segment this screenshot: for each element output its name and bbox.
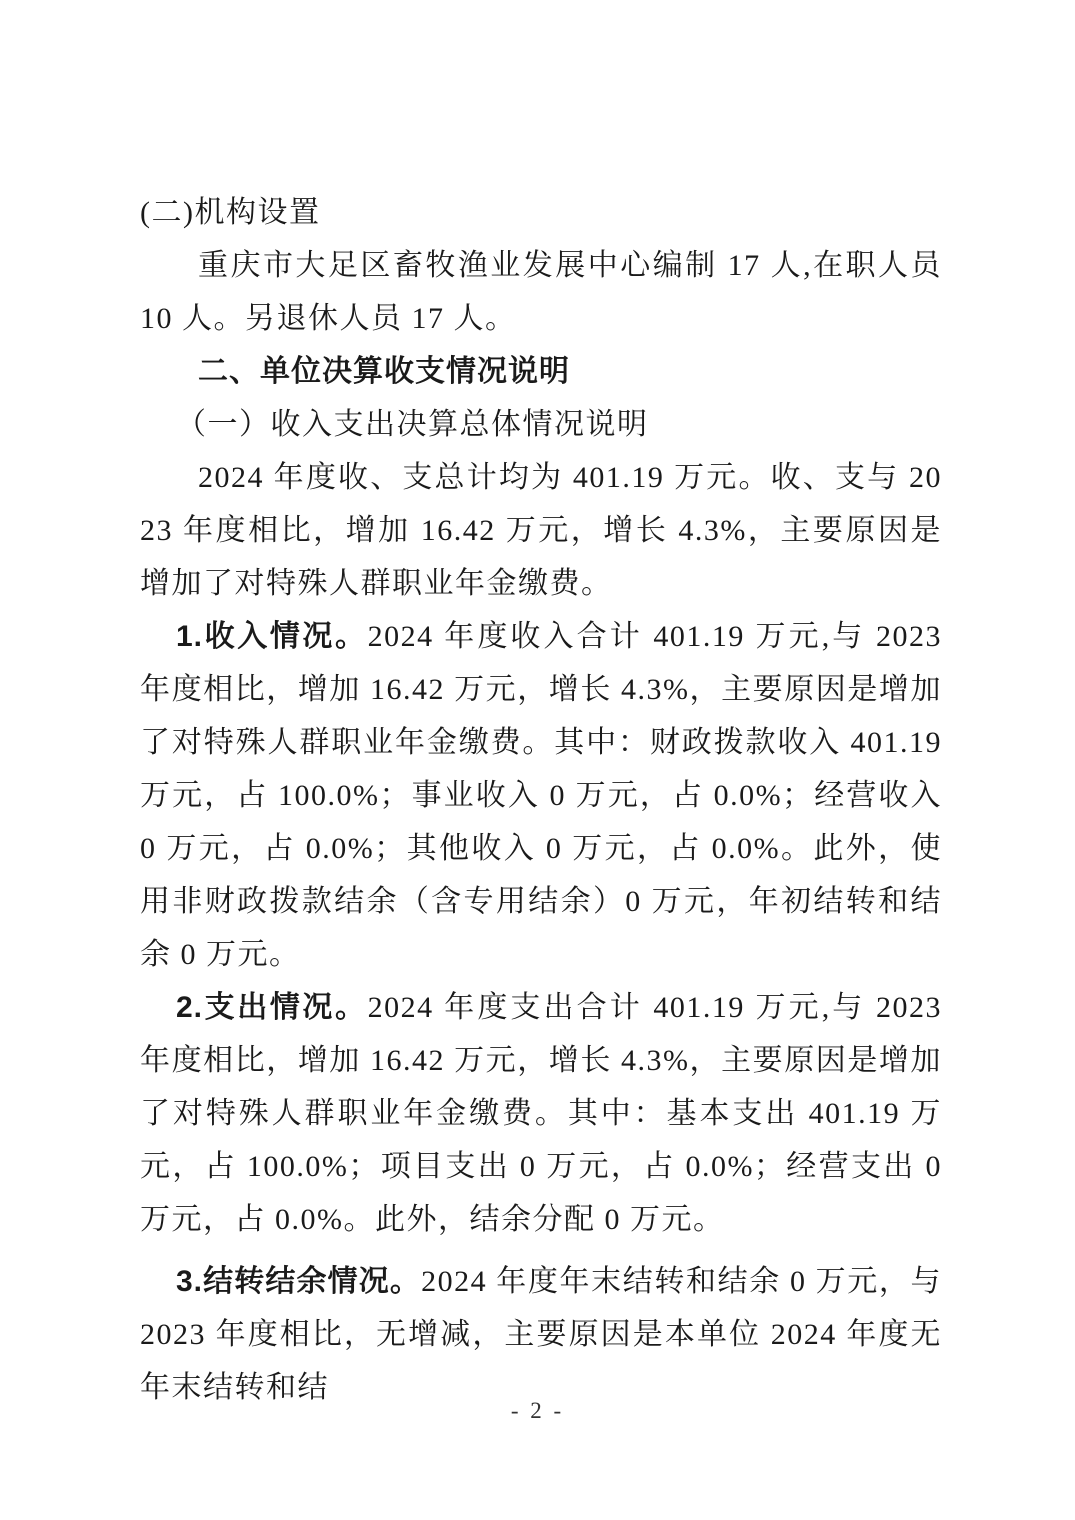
paragraph-carryover-detail: 3.结转结余情况。2024 年度年末结转和结余 0 万元，与 2023 年度相比… (140, 1255, 942, 1414)
expenditure-body-text: 2024 年度支出合计 401.19 万元,与 2023 年度相比，增加 16.… (140, 991, 942, 1236)
subsection-heading-overall-situation: （一）收入支出决算总体情况说明 (140, 398, 942, 451)
paragraph-total-overview: 2024 年度收、支总计均为 401.19 万元。收、支与 2023 年度相比，… (140, 451, 942, 610)
carryover-lead-label: 3.结转结余情况。 (176, 1265, 421, 1298)
expenditure-lead-label: 2.支出情况。 (176, 991, 368, 1024)
subsection-heading-org-setup: (二)机构设置 (140, 186, 942, 239)
page-number: - 2 - (0, 1398, 1075, 1424)
income-lead-label: 1.收入情况。 (176, 620, 368, 653)
paragraph-income-detail: 1.收入情况。2024 年度收入合计 401.19 万元,与 2023 年度相比… (140, 610, 942, 981)
section-heading-budget-statement: 二、单位决算收支情况说明 (140, 345, 942, 398)
document-page: (二)机构设置 重庆市大足区畜牧渔业发展中心编制 17 人,在职人员 10 人。… (0, 0, 1075, 1520)
paragraph-expenditure-detail: 2.支出情况。2024 年度支出合计 401.19 万元,与 2023 年度相比… (140, 981, 942, 1246)
paragraph-staffing: 重庆市大足区畜牧渔业发展中心编制 17 人,在职人员 10 人。另退休人员 17… (140, 239, 942, 345)
income-body-text: 2024 年度收入合计 401.19 万元,与 2023 年度相比，增加 16.… (140, 620, 942, 971)
